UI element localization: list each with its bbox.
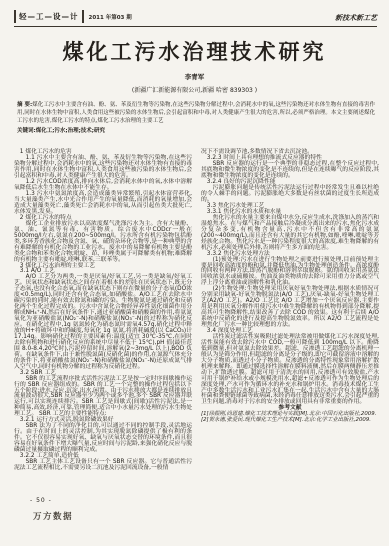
header-left: 轻—工—设—计 2011 年第03 期 [14,10,132,23]
body-columns: 1 煤化工污水的危害 1.1 污水中主要含有油、酚、氨、苯及衍生物等污染物,在这… [14,150,379,471]
paper-title: 煤化工污水治理技术研究 [0,36,389,66]
abstract-label: 摘 要: [17,102,32,108]
body-paragraph: 1.1 污水中主要含有油、酚、氨、苯及衍生物等污染物,在这些污染物分解过程中,会… [14,156,192,180]
body-paragraph: 污泥膨胀问题是传统活性污泥法运行过程中经常发生且难以杜绝的令人棘手的问题。污泥膨… [201,186,379,204]
body-paragraph: (2)生物处理:生物处理采用厌氧好氧生物处理法,根据水质情况可分别采用缺氧-好氧… [201,287,379,329]
author-name: 李青军 [0,72,389,81]
page-number: - 50 - [30,497,52,504]
journal-name: 轻—工—设—计 [14,10,84,23]
abstract-text: 煤化工污水中主要含有油、酚、氨、苯及衍生物等污染物,在这些污染物分解过程中,会消… [17,102,375,124]
author-affiliation: (新疆广汇新能源有限公司,新疆 哈密 839303 ) [0,85,389,94]
body-paragraph: SBR 法为了不同的净化目的,可以通过不同的控制手段,灵活地运行。由于在时间上的… [14,424,192,454]
body-paragraph: SBR 的工艺流程序批式活性污泥法工艺是按一定时序间歇操作运行的 SBR 反应器… [14,377,192,419]
body-paragraph: 1.3 污水中氨氮浓度高,会造成藻类异常繁殖,引起水体富营养化,当大量藻类产生,… [14,192,192,216]
abstract: 摘 要:煤化工污水中主要含有油、酚、氨、苯及衍生物等污染物,在这些污染物分解过程… [17,102,375,125]
body-paragraph: (1)预处理:污水在进行生物处理之前要进行预处理,目前预处理主要是回收高浓度的酚… [201,258,379,288]
keywords-text: 煤化工;污水;治理;技术;研究 [36,128,105,134]
keywords: 关键词:煤化工;污水;治理;技术;研究 [17,126,375,134]
body-paragraph: SBR 工艺主体工艺设备只有一个 SBR 反应器。它与普通活性污泥法工艺流程相比… [14,460,192,472]
wanfang-watermark: 万方数据 [33,510,73,522]
body-paragraph: 焦化污水的水量主要来自煤中水分,反应生成水,洗涤加入的蒸汽和湿熄焦水。在与煤气和… [201,216,379,252]
keywords-label: 关键词: [17,128,36,134]
issue-label: 2011 年第03 期 [89,13,132,21]
scanned-paper-page: 轻—工—设—计 2011 年第03 期 新技术新工艺 煤化工污水治理技术研究 李… [0,0,389,546]
body-paragraph: SBR 反应器的运行是一个典型的非稳态过程,在整个反应过程中,其底物和微生物浓度… [201,162,379,180]
right-column: 况下不需设调节池,多数情况下省去沉淀池。 3.2.3 时间上具有理想的推流式反应… [201,150,379,471]
body-paragraph: 活性炭过滤活性炭吸附过滤处理法常被用做煤化工污水深度处理,活性炭能有效去除污水中… [201,335,379,406]
reference-item: [2]贺永德,张爱民.现代煤化工生产技术[M].北京:化学工业出版社,2009. [201,418,379,424]
section-tag: 新技术新工艺 [335,13,377,23]
body-paragraph: 煤化工企业排放污水以高浓度煤气洗涤污水为主。含有大量酚、氨、油、氰氮等有毒、有害… [14,222,192,264]
body-paragraph: A/O 工艺分为两类,一类是厌氧/好氧工艺,另一类是缺氧/好氧工艺。厌氧状态和缺… [14,275,192,370]
page-header: 轻—工—设—计 2011 年第03 期 新技术新工艺 [14,10,377,27]
left-column: 1 煤化工污水的危害 1.1 污水中主要含有油、酚、氨、苯及衍生物等污染物,在这… [14,150,192,471]
